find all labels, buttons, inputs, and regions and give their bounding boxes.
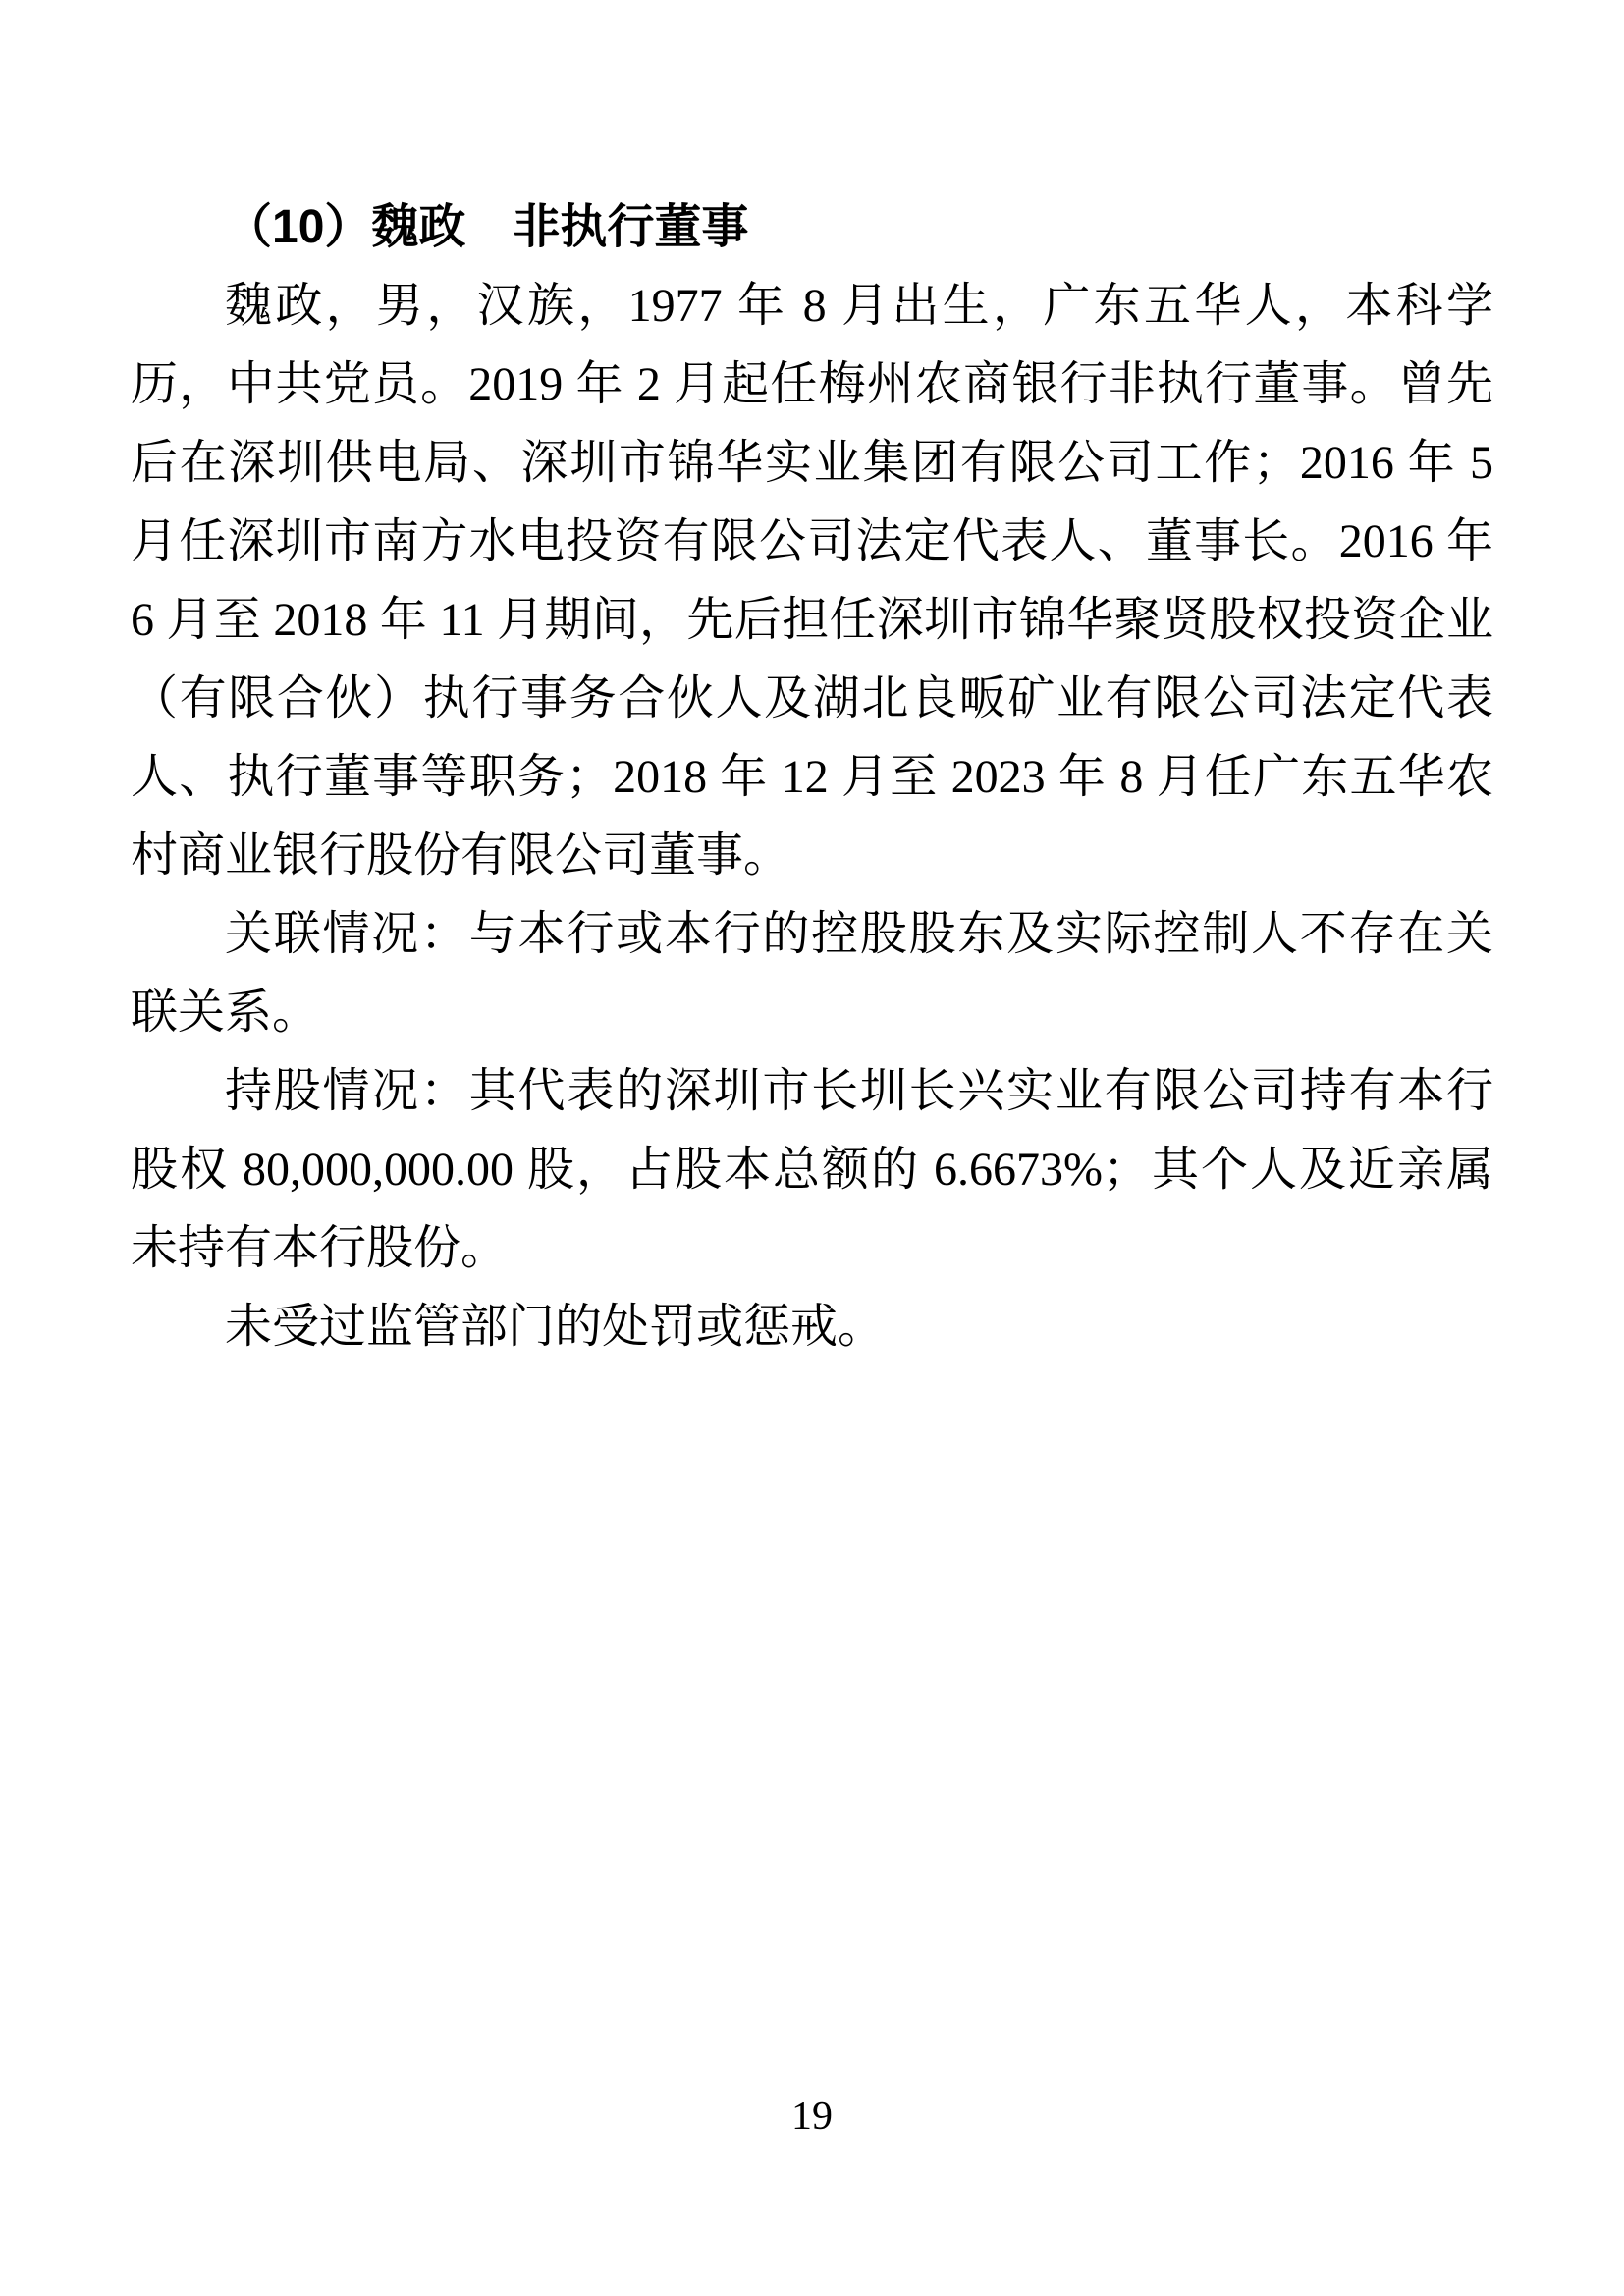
penalty-paragraph: 未受过监管部门的处罚或惩戒。: [131, 1288, 1493, 1366]
page-number: 19: [0, 2089, 1624, 2144]
shareholding-paragraph: 持股情况：其代表的深圳市长圳长兴实业有限公司持有本行股权 80,000,000.…: [131, 1052, 1493, 1288]
document-page: （10）魏政 非执行董事 魏政，男，汉族，1977 年 8 月出生，广东五华人，…: [0, 0, 1624, 2296]
section-heading: （10）魏政 非执行董事: [131, 188, 1493, 267]
affiliation-paragraph: 关联情况：与本行或本行的控股股东及实际控制人不存在关联关系。: [131, 895, 1493, 1052]
biography-paragraph: 魏政，男，汉族，1977 年 8 月出生，广东五华人，本科学历，中共党员。201…: [131, 267, 1493, 895]
document-content: （10）魏政 非执行董事 魏政，男，汉族，1977 年 8 月出生，广东五华人，…: [131, 188, 1493, 1366]
